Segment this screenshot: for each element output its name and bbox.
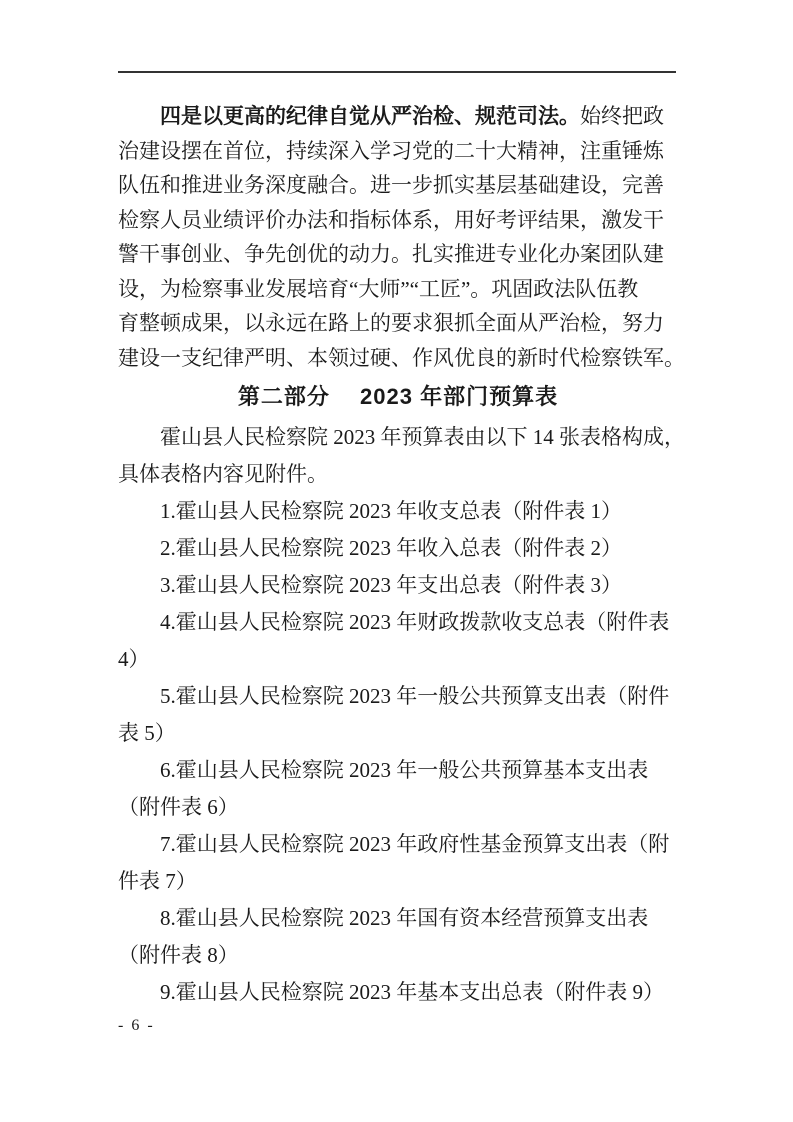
paragraph-line: 治建设摆在首位，持续深入学习党的二十大精神，注重锤炼 [118, 134, 678, 169]
table-list: 1.霍山县人民检察院 2023 年收支总表（附件表 1） 2.霍山县人民检察院 … [118, 493, 678, 1011]
paragraph-intro: 霍山县人民检察院 2023 年预算表由以下 14 张表格构成， 具体表格内容见附… [118, 419, 678, 493]
list-item: 9.霍山县人民检察院 2023 年基本支出总表（附件表 9） [118, 974, 678, 1011]
paragraph-line: 设，为检察事业发展培育“大师”“工匠”。巩固政法队伍教 [118, 272, 678, 307]
list-item-line: 9.霍山县人民检察院 2023 年基本支出总表（附件表 9） [118, 974, 678, 1011]
paragraph-text: 始终把政 [580, 104, 664, 128]
list-item: 5.霍山县人民检察院 2023 年一般公共预算支出表（附件 表 5） [118, 678, 678, 752]
list-item-line: 4.霍山县人民检察院 2023 年财政拨款收支总表（附件表 [118, 604, 678, 641]
list-item: 6.霍山县人民检察院 2023 年一般公共预算基本支出表 （附件表 6） [118, 752, 678, 826]
paragraph-line: 检察人员业绩评价办法和指标体系，用好考评结果，激发干 [118, 203, 678, 238]
list-item: 4.霍山县人民检察院 2023 年财政拨款收支总表（附件表 4） [118, 604, 678, 678]
paragraph-line: 霍山县人民检察院 2023 年预算表由以下 14 张表格构成， [118, 419, 678, 456]
list-item-line: 1.霍山县人民检察院 2023 年收支总表（附件表 1） [118, 493, 678, 530]
list-item-line: 件表 7） [118, 863, 678, 900]
list-item: 1.霍山县人民检察院 2023 年收支总表（附件表 1） [118, 493, 678, 530]
list-item-line: 4） [118, 641, 678, 678]
paragraph-line: 警干事创业、争先创优的动力。扎实推进专业化办案团队建 [118, 237, 678, 272]
list-item-line: 8.霍山县人民检察院 2023 年国有资本经营预算支出表 [118, 900, 678, 937]
document-page: 四是以更高的纪律自觉从严治检、规范司法。始终把政 治建设摆在首位，持续深入学习党… [0, 0, 793, 1122]
paragraph-line: 育整顿成果，以永远在路上的要求狠抓全面从严治检，努力 [118, 306, 678, 341]
paragraph-policy: 四是以更高的纪律自觉从严治检、规范司法。始终把政 治建设摆在首位，持续深入学习党… [118, 99, 678, 375]
paragraph-line: 四是以更高的纪律自觉从严治检、规范司法。始终把政 [118, 99, 678, 134]
list-item-line: 7.霍山县人民检察院 2023 年政府性基金预算支出表（附 [118, 826, 678, 863]
page-number: - 6 - [118, 1016, 155, 1036]
list-item-line: （附件表 6） [118, 789, 678, 826]
list-item-line: 6.霍山县人民检察院 2023 年一般公共预算基本支出表 [118, 752, 678, 789]
section-title: 第二部分 2023 年部门预算表 [118, 375, 678, 419]
paragraph-line: 队伍和推进业务深度融合。进一步抓实基层基础建设，完善 [118, 168, 678, 203]
document-content: 四是以更高的纪律自觉从严治检、规范司法。始终把政 治建设摆在首位，持续深入学习党… [118, 73, 678, 1011]
paragraph-line: 具体表格内容见附件。 [118, 456, 678, 493]
list-item-line: 5.霍山县人民检察院 2023 年一般公共预算支出表（附件 [118, 678, 678, 715]
list-item-line: 2.霍山县人民检察院 2023 年收入总表（附件表 2） [118, 530, 678, 567]
list-item: 3.霍山县人民检察院 2023 年支出总表（附件表 3） [118, 567, 678, 604]
paragraph-lead-bold: 四是以更高的纪律自觉从严治检、规范司法。 [160, 104, 580, 128]
paragraph-line: 建设一支纪律严明、本领过硬、作风优良的新时代检察铁军。 [118, 341, 678, 376]
list-item-line: 表 5） [118, 715, 678, 752]
list-item-line: 3.霍山县人民检察院 2023 年支出总表（附件表 3） [118, 567, 678, 604]
list-item: 2.霍山县人民检察院 2023 年收入总表（附件表 2） [118, 530, 678, 567]
list-item-line: （附件表 8） [118, 937, 678, 974]
list-item: 7.霍山县人民检察院 2023 年政府性基金预算支出表（附 件表 7） [118, 826, 678, 900]
list-item: 8.霍山县人民检察院 2023 年国有资本经营预算支出表 （附件表 8） [118, 900, 678, 974]
